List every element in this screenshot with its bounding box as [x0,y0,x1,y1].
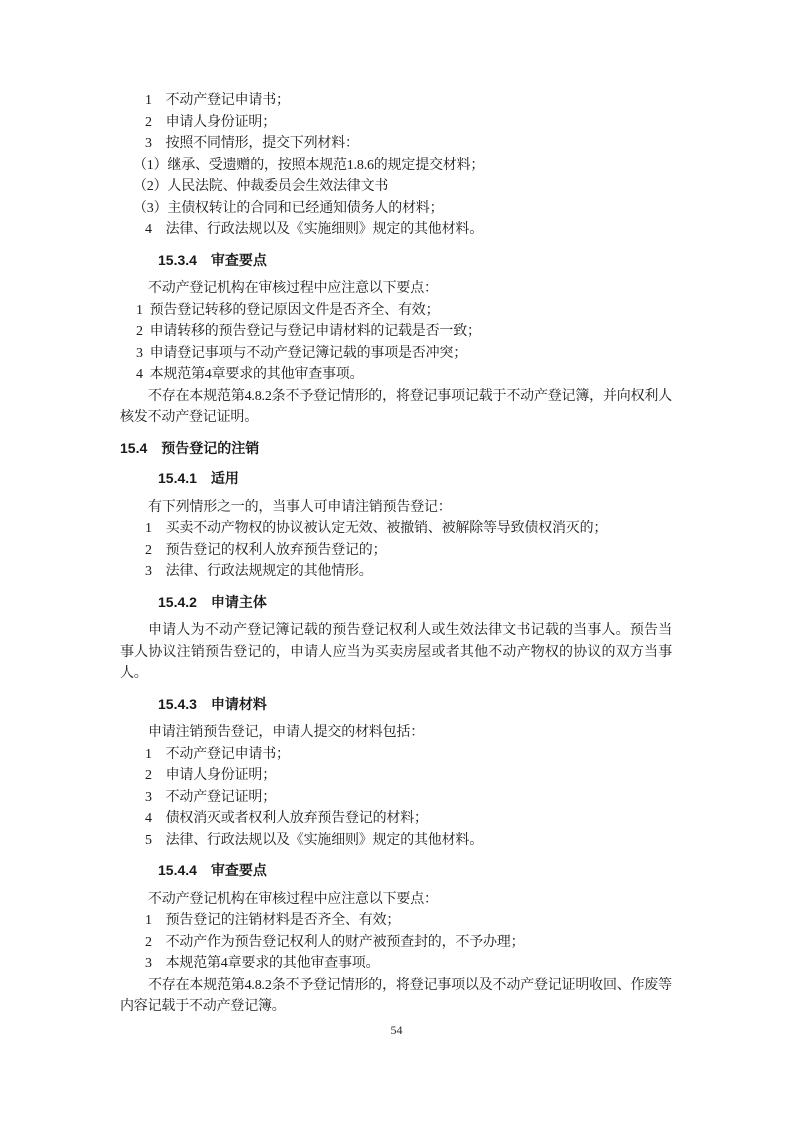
paragraph: 有下列情形之一的，当事人可申请注销预告登记： [120,497,672,519]
list-item: 3 不动产登记证明； [120,787,672,809]
list-item: 1 预告登记的注销材料是否齐全、有效； [120,910,672,932]
list-item: 2 申请人身份证明； [120,112,672,134]
subsection-heading-15-4-3: 15.4.3 申请材料 [120,694,672,716]
paragraph: 不动产登记机构在审核过程中应注意以下要点： [120,278,672,300]
list-item: 3 按照不同情形，提交下列材料： [120,133,672,155]
paragraph: 申请人为不动产登记簿记载的预告登记权利人或生效法律文书记载的当事人。预告当事人协… [120,620,672,685]
subsection-heading-15-4-4: 15.4.4 审查要点 [120,860,672,882]
list-item: 2 申请人身份证明； [120,765,672,787]
paragraph: 不存在本规范第4.8.2条不予登记情形的，将登记事项以及不动产登记证明收回、作废… [120,975,672,1018]
subsection-heading-15-3-4: 15.3.4 审查要点 [120,250,672,272]
page-number: 54 [0,1022,793,1038]
list-item: 1 预告登记转移的登记原因文件是否齐全、有效； [120,300,672,322]
subsection-heading-15-4-2: 15.4.2 申请主体 [120,592,672,614]
list-item: 4 法律、行政法规以及《实施细则》规定的其他材料。 [120,219,672,241]
paragraph: 申请注销预告登记，申请人提交的材料包括： [120,722,672,744]
list-item: 3 申请登记事项与不动产登记簿记载的事项是否冲突； [120,343,672,365]
section-heading-15-4: 15.4 预告登记的注销 [120,438,672,460]
document-page: 1 不动产登记申请书； 2 申请人身份证明； 3 按照不同情形，提交下列材料： … [0,0,793,1122]
list-item: 1 买卖不动产物权的协议被认定无效、被撤销、被解除等导致债权消灭的； [120,518,672,540]
list-item: 2 申请转移的预告登记与登记申请材料的记载是否一致； [120,321,672,343]
list-item: 2 预告登记的权利人放弃预告登记的； [120,540,672,562]
sub-list-item: （3）主债权转让的合同和已经通知债务人的材料； [120,198,672,220]
list-item: 4 本规范第4章要求的其他审查事项。 [120,364,672,386]
list-item: 5 法律、行政法规以及《实施细则》规定的其他材料。 [120,830,672,852]
list-item: 1 不动产登记申请书； [120,744,672,766]
list-item: 3 本规范第4章要求的其他审查事项。 [120,953,672,975]
list-item: 3 法律、行政法规规定的其他情形。 [120,561,672,583]
page-content: 1 不动产登记申请书； 2 申请人身份证明； 3 按照不同情形，提交下列材料： … [120,90,672,1018]
paragraph: 不动产登记机构在审核过程中应注意以下要点： [120,889,672,911]
list-item: 2 不动产作为预告登记权利人的财产被预查封的，不予办理； [120,932,672,954]
list-item: 1 不动产登记申请书； [120,90,672,112]
paragraph: 不存在本规范第4.8.2条不予登记情形的，将登记事项记载于不动产登记簿，并向权利… [120,386,672,429]
list-item: 4 债权消灭或者权利人放弃预告登记的材料； [120,808,672,830]
sub-list-item: （2）人民法院、仲裁委员会生效法律文书 [120,176,672,198]
sub-list-item: （1）继承、受遗赠的，按照本规范1.8.6的规定提交材料； [120,155,672,177]
subsection-heading-15-4-1: 15.4.1 适用 [120,468,672,490]
